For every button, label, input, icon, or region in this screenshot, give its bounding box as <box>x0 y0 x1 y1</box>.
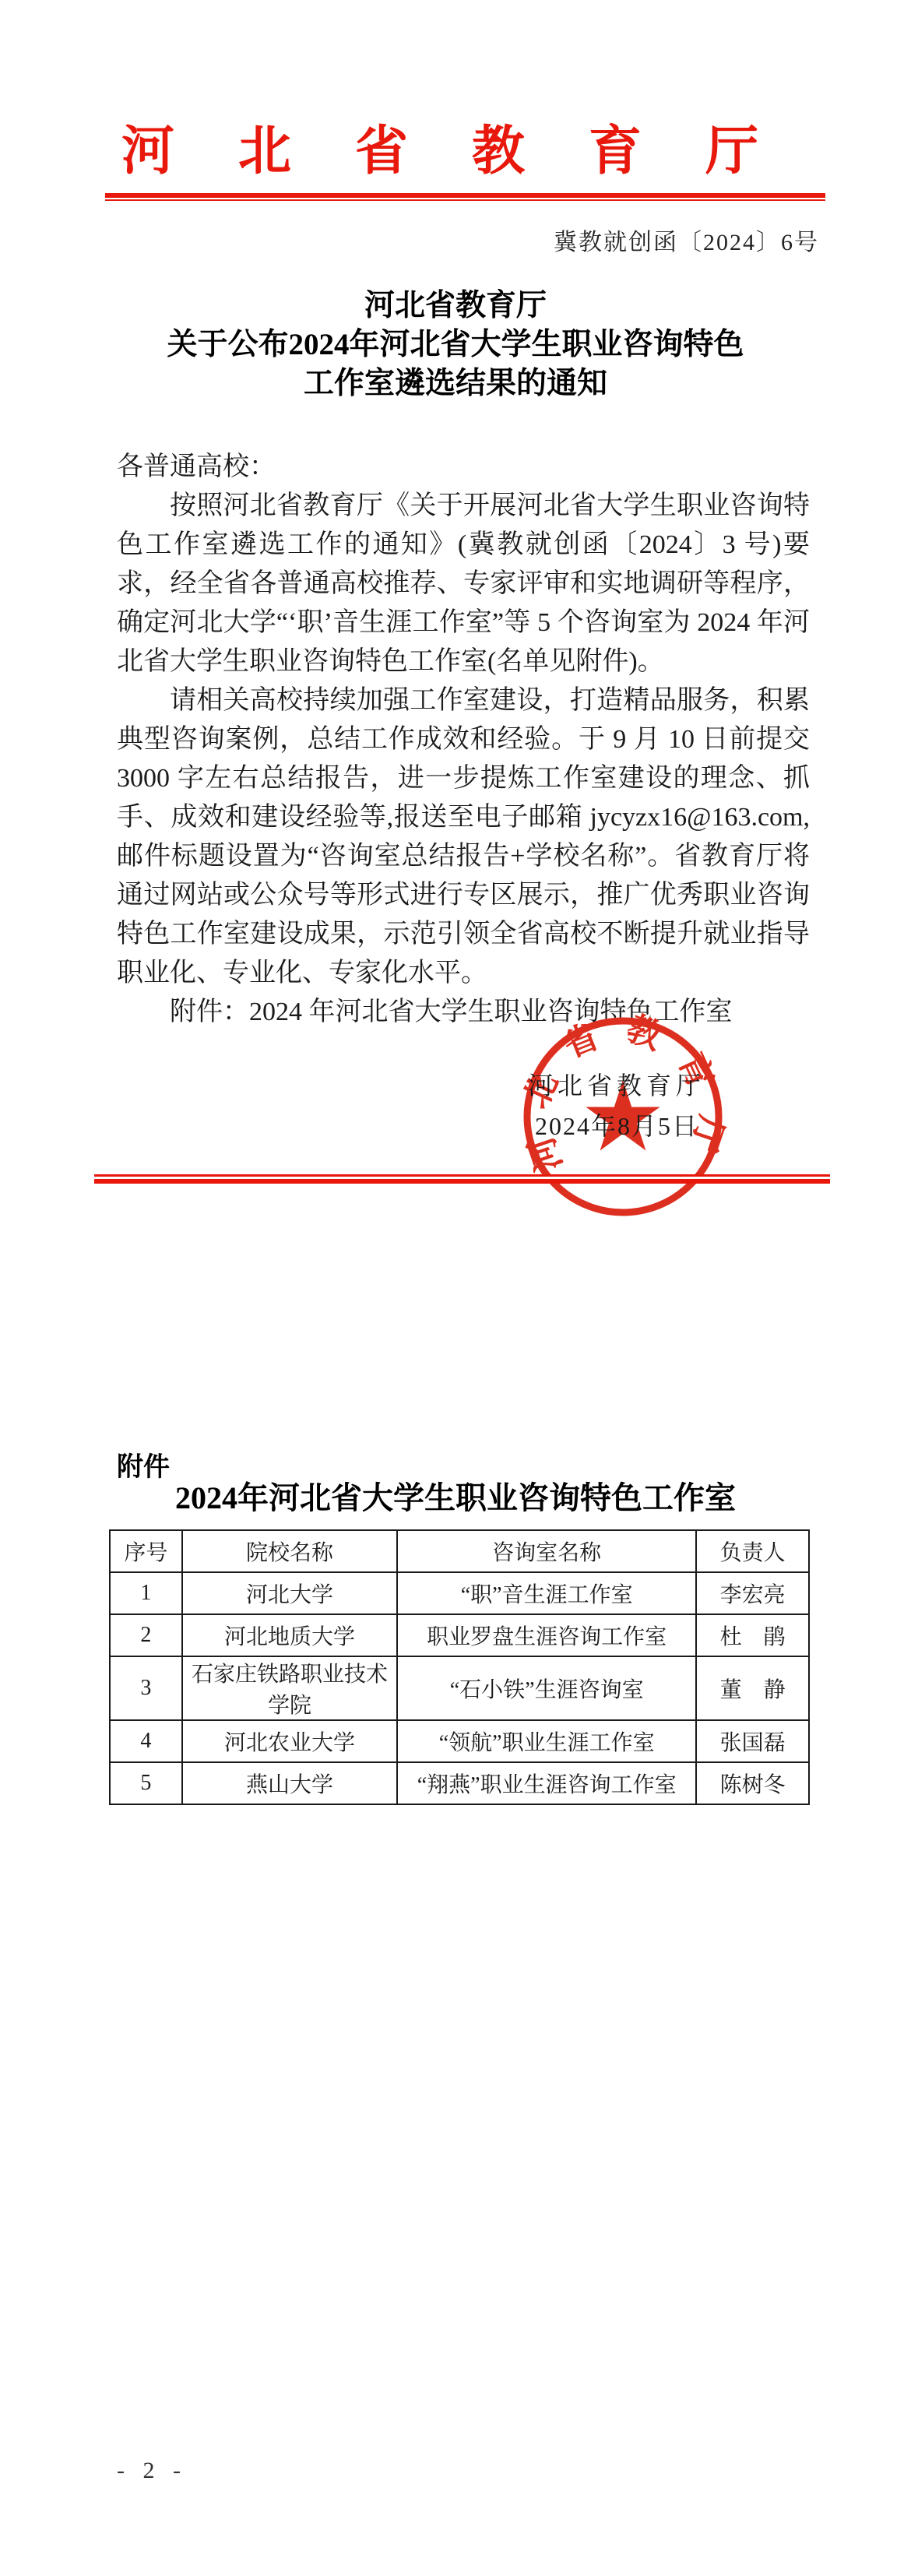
cell-leader: 董 静 <box>696 1656 809 1720</box>
signature-agency: 河北省教育厅 <box>528 1066 705 1102</box>
document-title-line3: 工作室遴选结果的通知 <box>0 364 911 403</box>
table-row: 3 石家庄铁路职业技术学院 “石小铁”生涯咨询室 董 静 <box>110 1656 809 1720</box>
cell-leader: 李宏亮 <box>696 1572 809 1614</box>
document-number: 冀教就创函〔2024〕6号 <box>554 223 819 257</box>
cell-school: 燕山大学 <box>182 1762 397 1804</box>
workstation-roster-table: 序号 院校名称 咨询室名称 负责人 1 河北大学 “职”音生涯工作室 李宏亮 2… <box>109 1529 810 1805</box>
cell-school: 河北地质大学 <box>182 1614 397 1656</box>
cell-school: 河北大学 <box>182 1572 397 1614</box>
col-header-studio: 咨询室名称 <box>397 1530 696 1572</box>
document-title-line1: 河北省教育厅 <box>0 287 911 326</box>
table-row: 1 河北大学 “职”音生涯工作室 李宏亮 <box>110 1572 809 1614</box>
cell-studio: “石小铁”生涯咨询室 <box>397 1656 696 1720</box>
body-paragraph-1: 按照河北省教育厅《关于开展河北省大学生职业咨询特色工作室遴选工作的通知》(冀教就… <box>117 487 810 681</box>
cell-index: 4 <box>110 1720 182 1762</box>
col-header-leader: 负责人 <box>696 1530 809 1572</box>
document-body: 各普通高校： 按照河北省教育厅《关于开展河北省大学生职业咨询特色工作室遴选工作的… <box>117 448 810 1032</box>
col-header-index: 序号 <box>110 1530 182 1572</box>
salutation: 各普通高校： <box>117 448 810 487</box>
cell-studio: “职”音生涯工作室 <box>397 1572 696 1614</box>
table-row: 4 河北农业大学 “领航”职业生涯工作室 张国磊 <box>110 1720 809 1762</box>
cell-school: 石家庄铁路职业技术学院 <box>182 1656 397 1720</box>
cell-leader: 陈树冬 <box>696 1762 809 1804</box>
cell-index: 1 <box>110 1572 182 1614</box>
table-header-row: 序号 院校名称 咨询室名称 负责人 <box>110 1530 809 1572</box>
body-paragraph-2: 请相关高校持续加强工作室建设，打造精品服务，积累典型咨询案例，总结工作成效和经验… <box>117 681 810 993</box>
page-number: - 2 - <box>117 2458 187 2484</box>
cell-leader: 杜 鹃 <box>696 1614 809 1656</box>
cell-index: 3 <box>110 1656 182 1720</box>
cell-index: 5 <box>110 1762 182 1804</box>
table-row: 5 燕山大学 “翔燕”职业生涯咨询工作室 陈树冬 <box>110 1762 809 1804</box>
document-title: 河北省教育厅 关于公布2024年河北省大学生职业咨询特色 工作室遴选结果的通知 <box>0 287 911 403</box>
official-document: 河北省教育厅 冀教就创函〔2024〕6号 河北省教育厅 关于公布2024年河北省… <box>0 0 911 2576</box>
end-divider-line <box>94 1174 830 1184</box>
document-title-line2: 关于公布2024年河北省大学生职业咨询特色 <box>0 326 911 364</box>
col-header-school: 院校名称 <box>182 1530 397 1572</box>
signature-date: 2024年8月5日 <box>535 1107 698 1142</box>
letterhead-divider-line <box>105 193 825 201</box>
cell-studio: “领航”职业生涯工作室 <box>397 1720 696 1762</box>
cell-leader: 张国磊 <box>696 1720 809 1762</box>
cell-studio: 职业罗盘生涯咨询工作室 <box>397 1614 696 1656</box>
cell-index: 2 <box>110 1614 182 1656</box>
attachment-title: 2024年河北省大学生职业咨询特色工作室 <box>0 1473 911 1518</box>
letterhead-agency-name: 河北省教育厅 <box>33 123 911 179</box>
cell-studio: “翔燕”职业生涯咨询工作室 <box>397 1762 696 1804</box>
cell-school: 河北农业大学 <box>182 1720 397 1762</box>
table-row: 2 河北地质大学 职业罗盘生涯咨询工作室 杜 鹃 <box>110 1614 809 1656</box>
